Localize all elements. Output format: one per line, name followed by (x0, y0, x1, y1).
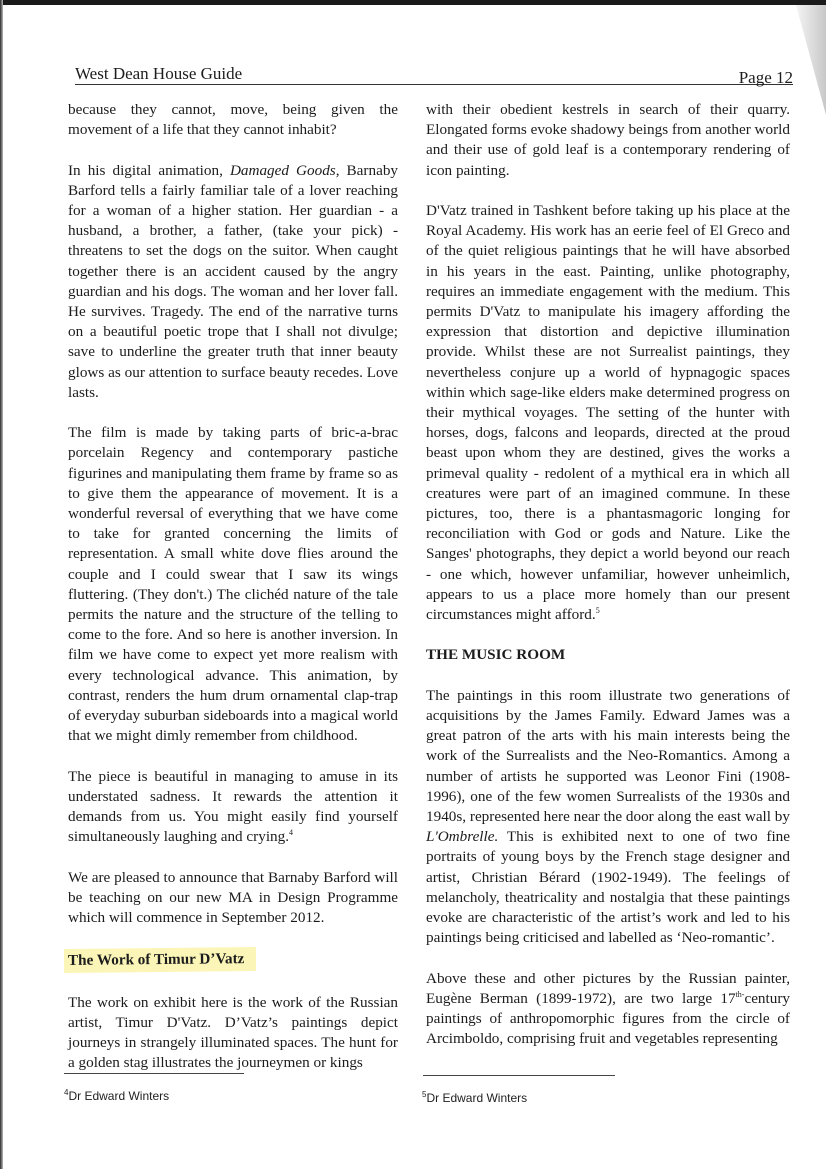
highlighted-heading: The Work of Timur D’Vatz (64, 947, 257, 973)
paragraph: with their obedient kestrels in search o… (426, 100, 790, 181)
right-column: with their obedient kestrels in search o… (426, 100, 790, 1070)
section-heading: The Work of Timur D’Vatz (68, 948, 398, 972)
document-title: West Dean House Guide (75, 64, 242, 84)
footnote-ref[interactable]: 4 (289, 828, 293, 837)
footnote-separator (64, 1073, 244, 1074)
artwork-title: Damaged Goods (230, 162, 336, 179)
paragraph: because they cannot, move, being given t… (68, 100, 398, 140)
paragraph: The paintings in this room illustrate tw… (426, 686, 790, 949)
paragraph: The work on exhibit here is the work of … (68, 993, 398, 1074)
paragraph: In his digital animation, Damaged Goods,… (68, 161, 398, 403)
paragraph: We are pleased to announce that Barnaby … (68, 868, 398, 929)
footnote-4: 4Dr Edward Winters (64, 1089, 169, 1103)
scan-border-top (0, 0, 826, 5)
section-heading: THE MUSIC ROOM (426, 645, 790, 665)
paragraph: D'Vatz trained in Tashkent before taking… (426, 201, 790, 625)
footnote-separator (423, 1075, 615, 1076)
artwork-title: L'Ombrelle. (426, 828, 498, 845)
footnote-5: 5Dr Edward Winters (422, 1091, 527, 1105)
paragraph: The piece is beautiful in managing to am… (68, 767, 398, 848)
scan-border-left (0, 0, 3, 1169)
left-column: because they cannot, move, being given t… (68, 100, 398, 1094)
footnote-ref[interactable]: 5 (596, 606, 600, 615)
paragraph: Above these and other pictures by the Ru… (426, 969, 790, 1050)
page-header: West Dean House Guide Page 12 (75, 62, 793, 85)
page-number: Page 12 (739, 68, 793, 88)
paragraph: The film is made by taking parts of bric… (68, 423, 398, 746)
scan-shadow (796, 5, 826, 115)
